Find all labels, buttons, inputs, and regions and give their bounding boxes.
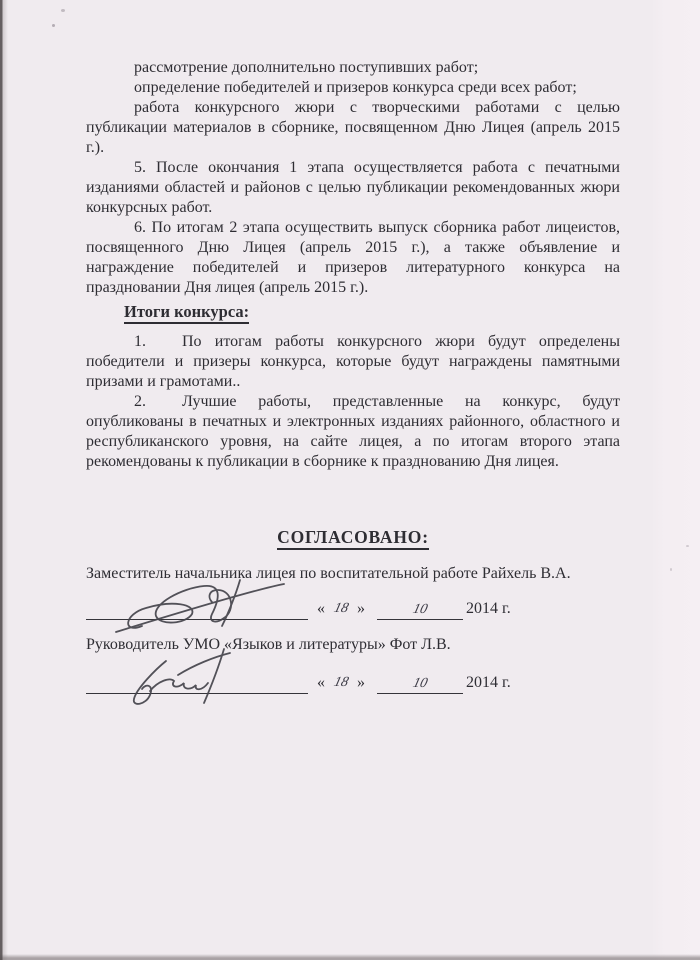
document-body: рассмотрение дополнительно поступивших р… — [86, 58, 620, 694]
item-number: 1. — [134, 333, 146, 350]
handwritten-day-1: 18 — [331, 598, 350, 620]
month-line-1: 10 — [377, 598, 463, 620]
approval-heading: СОГЛАСОВАНО: — [86, 526, 620, 550]
scanned-document-page: рассмотрение дополнительно поступивших р… — [0, 0, 700, 960]
paper-speck — [52, 24, 55, 27]
paper-speck — [670, 568, 672, 571]
year-label-2: 2014 г. — [466, 672, 511, 694]
item-number: 2. — [134, 393, 146, 410]
paragraph-winners-definition: определение победителей и призеров конку… — [86, 78, 620, 98]
results-item-1: 1.По итогам работы конкурсного жюри буду… — [86, 332, 620, 392]
handwritten-month-1: 10 — [410, 599, 429, 621]
quote-close: » — [357, 598, 365, 620]
handwritten-month-2: 10 — [410, 673, 429, 695]
handwritten-signature-2 — [122, 645, 247, 709]
signature-row-2: « 18 » 10 2014 г. — [86, 672, 620, 694]
results-heading: Итоги конкурса: — [124, 302, 620, 322]
quote-open: « — [317, 672, 325, 694]
month-line-2: 10 — [377, 672, 463, 694]
results-heading-text: Итоги конкурса: — [124, 302, 249, 324]
quote-open: « — [317, 598, 325, 620]
paper-speck — [686, 545, 689, 547]
paragraph-item-6: 6. По итогам 2 этапа осуществить выпуск … — [86, 218, 620, 298]
signature-line-1 — [86, 598, 308, 620]
handwritten-day-2: 18 — [331, 672, 350, 694]
signature-line-2 — [86, 672, 308, 694]
item-text: По итогам работы конкурсного жюри будут … — [86, 333, 620, 390]
year-label-1: 2014 г. — [466, 598, 511, 620]
paragraph-item-5: 5. После окончания 1 этапа осуществляетс… — [86, 158, 620, 218]
paragraph-jury-work: работа конкурсного жюри с творческими ра… — [86, 98, 620, 158]
quote-close: » — [357, 672, 365, 694]
paper-speck — [61, 9, 65, 12]
approval-heading-text: СОГЛАСОВАНО: — [277, 527, 429, 550]
item-text: Лучшие работы, представленные на конкурс… — [86, 393, 620, 470]
handwritten-signature-1 — [112, 574, 292, 636]
paragraph-additional-works: рассмотрение дополнительно поступивших р… — [86, 58, 620, 78]
results-item-2: 2.Лучшие работы, представленные на конку… — [86, 392, 620, 472]
signature-row-1: « 18 » 10 2014 г. — [86, 598, 620, 620]
